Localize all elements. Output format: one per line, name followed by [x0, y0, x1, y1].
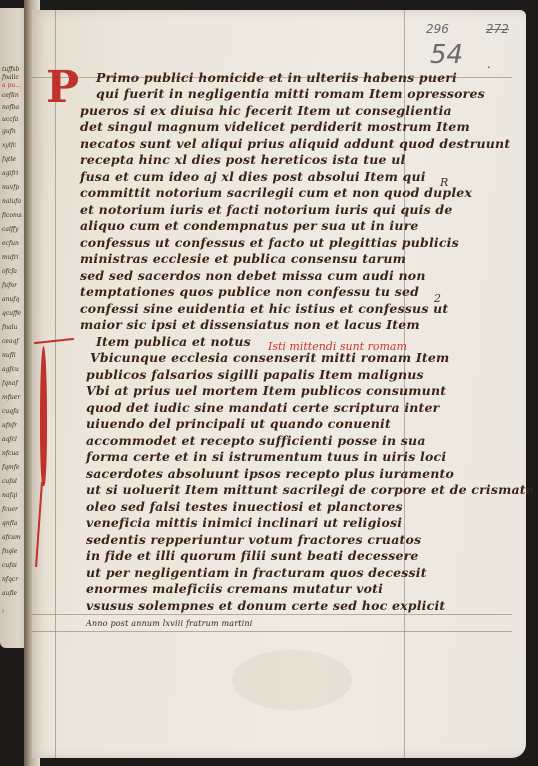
- text-line: in fide et illi quorum filii sunt beati …: [86, 548, 419, 564]
- folio-number: 54: [430, 40, 463, 70]
- text-line: forma certe et in si istrumentum tuus in…: [86, 449, 446, 465]
- initial-p: P: [46, 66, 79, 110]
- text-line: Item publica et notus: [96, 334, 251, 350]
- rubric-annotation: Isti mittendi sunt romam: [268, 340, 407, 353]
- manuscript-page: 296 272 54 P Primo publici homicide et i…: [32, 10, 526, 758]
- ruling-text-bottom: [32, 614, 512, 615]
- text-line: necatos sunt vel aliqui prius aliquid ad…: [80, 136, 510, 152]
- initial-i-crossbar: [34, 338, 74, 344]
- old-folio-number: 296: [426, 22, 449, 36]
- margin-mark: 2: [434, 292, 441, 305]
- text-line: confessus ut confessus et facto ut plegi…: [80, 235, 459, 251]
- text-line: maior sic ipsi et dissensiatus non et la…: [80, 317, 420, 333]
- text-line: accommodet et recepto sufficienti posse …: [86, 433, 426, 449]
- text-line: det singul magnum videlicet perdiderit m…: [80, 119, 470, 135]
- text-line: vsusus solempnes et donum certe sed hoc …: [86, 598, 445, 614]
- margin-mark: R: [440, 176, 448, 189]
- initial-i-tail: [35, 482, 43, 567]
- initial-i: [38, 332, 48, 572]
- initial-i-stem: [40, 346, 47, 486]
- text-line: veneficia mittis inimici inclinari ut re…: [86, 515, 402, 531]
- text-line: aliquo cum et condempnatus per sua ut in…: [80, 218, 419, 234]
- text-line: et notorium iuris et facti notorium iuri…: [80, 202, 453, 218]
- text-line: committit notorium sacrilegii cum et non…: [80, 185, 472, 201]
- colophon-line: Anno post annum lxviii fratrum martini: [86, 616, 253, 632]
- text-line: sacerdotes absoluunt ipsos recepto plus …: [86, 466, 454, 482]
- parchment-stain: [232, 650, 352, 710]
- struck-folio-number: 272: [486, 22, 509, 36]
- margin-mark: .: [487, 58, 491, 71]
- text-line: fusa et cum ideo aj xl dies post absolui…: [80, 169, 426, 185]
- text-line: temptationes quos publice non confessu t…: [80, 284, 419, 300]
- text-line: uiuendo del principali ut quando conueni…: [86, 416, 391, 432]
- text-line: sedentis repperiuntur votum fractores cr…: [86, 532, 421, 548]
- text-line: oleo sed falsi testes inuectiosi et plan…: [86, 499, 403, 515]
- text-line: quod det iudic sine mandati certe script…: [86, 400, 439, 416]
- text-line: recepta hinc xl dies post hereticos ista…: [80, 152, 405, 168]
- text-line: Primo publici homicide et in ulteriis ha…: [96, 70, 457, 86]
- text-line: qui fuerit in negligentia mitti romam It…: [96, 86, 485, 102]
- text-line: pueros si ex diuisa hic fecerit Item ut …: [80, 103, 452, 119]
- text-line: ut si uoluerit Item mittunt sacrilegi de…: [86, 482, 534, 498]
- ruling-left-margin: [55, 10, 56, 758]
- text-line: sed sed sacerdos non debet missa cum aud…: [80, 268, 426, 284]
- text-line: enormes maleficiis cremans mutatur voti: [86, 581, 383, 597]
- text-line: publicos falsarios sigilli papalis Item …: [86, 367, 424, 383]
- text-line: confessi sine euidentia et hic istius et…: [80, 301, 448, 317]
- text-line: Vbi at prius uel mortem Item publicos co…: [86, 383, 446, 399]
- text-line: ut per negligentiam in fracturam quos de…: [86, 565, 427, 581]
- text-line: ministras ecclesie et publica consensu t…: [80, 251, 406, 267]
